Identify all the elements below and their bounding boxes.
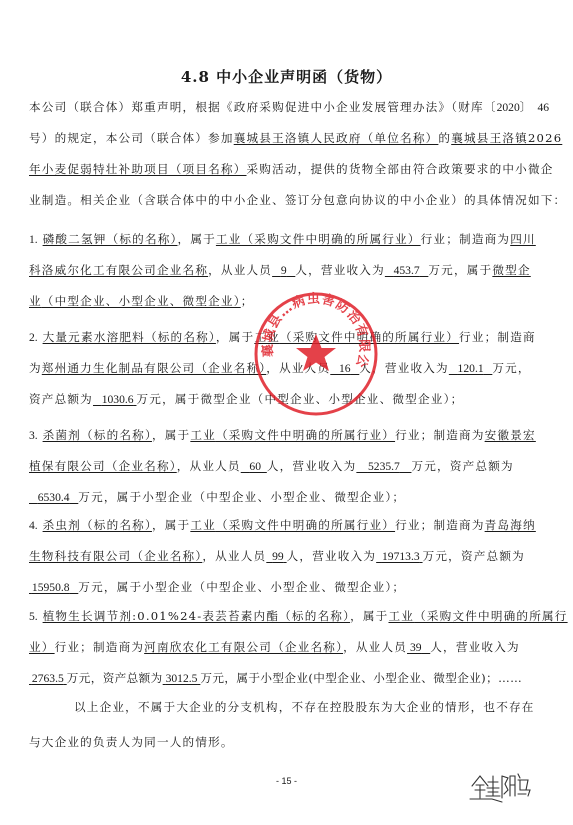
label: 行业；制造商 — [459, 330, 536, 344]
item-1-line-3: 业（中型企业、小型企业、微型企业）； — [29, 294, 254, 308]
label: ，从业人员 — [177, 459, 241, 473]
size-options: （中型企业、小型企业、微型企业） — [42, 294, 241, 308]
buyer-name: 襄城县王洛镇人民政府（单位名称） — [234, 131, 439, 145]
item-5-line-2: 业）行业；制造商为河南欣农化工有限公司（企业名称），从业人员 39 人，营业收入… — [29, 640, 520, 655]
item-number: 2. — [29, 331, 38, 344]
label: 为 — [29, 361, 42, 375]
industry: 工业 — [216, 232, 242, 246]
closing-line-2: 与大企业的负责人为同一人的情形。 — [29, 735, 234, 749]
revenue: 19713.3 — [382, 550, 420, 563]
regulation-year: 2020 — [497, 101, 520, 114]
intro-line-3: 年小麦促弱特壮补助项目（项目名称）采购活动，提供的货物全部由符合政策要求的中小微… — [29, 162, 554, 176]
product-name: 植物生长调节剂:0.01%24-表芸苔素内酯（标的名称） — [43, 609, 351, 623]
label: 万元， — [411, 459, 449, 473]
label: 万元，属于 — [78, 580, 142, 594]
enterprise-size: 小型企业 — [142, 490, 193, 504]
item-number: 5. — [29, 610, 38, 623]
label: ，从业人员 — [208, 263, 272, 277]
label: 资产总额为 — [450, 459, 514, 473]
label: ，属于 — [178, 232, 216, 246]
size-options: (中型企业、小型企业、微型企业) — [308, 671, 486, 685]
item-4-line-1: 4. 杀虫剂（标的名称），属于工业（采购文件中明确的所属行业）行业；制造商为青岛… — [29, 518, 536, 533]
product-name: 杀虫剂（标的名称） — [43, 518, 152, 532]
project-name-cont: 年小麦促弱特壮补助项目（项目名称） — [29, 162, 247, 176]
employees: 9 — [281, 264, 287, 277]
label: ； — [392, 580, 405, 594]
item-4-line-3: 15950.8 万元，属于小型企业（中型企业、小型企业、微型企业）； — [29, 580, 405, 595]
enterprise-size-cont: 业 — [29, 294, 42, 308]
revenue: 120.1 — [458, 362, 484, 375]
project-name: 襄城县王洛镇2026 — [451, 131, 562, 145]
revenue: 2763.5 — [32, 672, 64, 685]
label: 万元，属于 — [78, 490, 142, 504]
item-number: 1. — [29, 233, 38, 246]
label: 万元， — [428, 263, 466, 277]
item-3-line-2: 植保有限公司（企业名称），从业人员 60 人，营业收入为 5235.7 万元，资… — [29, 459, 514, 474]
label: 行业；制造商为 — [395, 428, 485, 442]
size-options: （中型企业、小型企业、微型企业） — [193, 580, 392, 594]
enterprise-size: 微型企业 — [200, 392, 251, 406]
employees: 99 — [272, 550, 284, 563]
manufacturer: 青岛海纳 — [485, 518, 536, 532]
label: 资产总额为 — [29, 392, 93, 406]
assets: 1030.6 — [102, 393, 134, 406]
label: 万元， — [423, 549, 461, 563]
employees: 60 — [249, 460, 261, 473]
label: ； — [451, 392, 464, 406]
item-number: 4. — [29, 519, 38, 532]
label: 万元，属于 — [200, 671, 260, 685]
label: ； — [486, 671, 498, 685]
intro-line-1: 本公司（联合体）郑重声明，根据《政府采购促进中小企业发展管理办法》（财库〔202… — [29, 100, 549, 115]
industry: 工业 — [190, 518, 216, 532]
label: ，从业人员 — [202, 549, 266, 563]
label: 人，营业收入为 — [295, 263, 385, 277]
item-5-line-3: 2763.5 万元，资产总额为 3012.5 万元，属于小型企业(中型企业、小型… — [29, 671, 522, 686]
item-1-line-2: 科洛威尔化工有限公司企业名称，从业人员 9 人，营业收入为 453.7 万元，属… — [29, 263, 531, 278]
label: 资产总额为 — [461, 549, 525, 563]
item-1-line-1: 1. 磷酸二氢钾（标的名称），属于工业（采购文件中明确的所属行业）行业；制造商为… — [29, 232, 536, 247]
industry: 工业 — [388, 609, 414, 623]
regulation-number: 46 — [537, 101, 549, 114]
label: 人，营业收入为 — [267, 459, 357, 473]
intro-line-2: 号）的规定，本公司（联合体）参加襄城县王洛镇人民政府（单位名称）的襄城县王洛镇2… — [29, 131, 562, 145]
assets: 15950.8 — [32, 581, 70, 594]
intro-text: 的 — [438, 131, 451, 145]
document-title: 4.8 中小企业声明函（货物） — [0, 66, 573, 87]
item-3-line-3: 6530.4 万元，属于小型企业（中型企业、小型企业、微型企业）； — [29, 490, 405, 505]
industry-note: （采购文件中明确的所属行业） — [216, 428, 395, 442]
revenue: 5235.7 — [368, 460, 400, 473]
label: ，属于 — [216, 330, 254, 344]
label: ； — [392, 490, 405, 504]
item-3-line-1: 3. 杀菌剂（标的名称），属于工业（采购文件中明确的所属行业）行业；制造商为安徽… — [29, 428, 536, 443]
intro-text: 采购活动，提供的货物全部由符合政策要求的中小微企 — [247, 162, 554, 176]
label: 万元， — [67, 671, 103, 685]
label: 人，营业收入为 — [430, 640, 520, 654]
item-2-line-3: 资产总额为 1030.6 万元，属于微型企业（中型企业、小型企业、微型企业）； — [29, 392, 463, 407]
label: 行业；制造商为 — [55, 640, 145, 654]
manufacturer-cont: 生物科技有限公司（企业名称） — [29, 549, 202, 563]
assets: 3012.5 — [166, 672, 198, 685]
intro-text: 号）的规定，本公司（联合体）参加 — [29, 131, 234, 145]
label: 属于 — [467, 263, 493, 277]
enterprise-size: 小型企业 — [260, 671, 308, 685]
label: ，从业人员 — [343, 640, 407, 654]
industry: 工业 — [190, 428, 216, 442]
industry-note: （采购文件中明确的所属行业） — [216, 518, 395, 532]
label: ，属于 — [152, 518, 190, 532]
product-name: 杀菌剂（标的名称） — [43, 428, 152, 442]
handwritten-signature — [468, 768, 532, 808]
item-number: 3. — [29, 429, 38, 442]
bracket: 〕 — [520, 100, 533, 114]
manufacturer: 郑州通力生化制品有限公司（企业名称） — [42, 361, 267, 375]
assets: 6530.4 — [38, 491, 70, 504]
label: 万元， — [492, 361, 530, 375]
manufacturer: 四川 — [510, 232, 536, 246]
enterprise-size: 小型企业 — [142, 580, 193, 594]
label: ，属于 — [350, 609, 388, 623]
manufacturer-cont: 植保有限公司（企业名称） — [29, 459, 177, 473]
intro-line-4: 业制造。相关企业（含联合体中的中小企业、签订分包意向协议的中小企业）的具体情况如… — [29, 193, 566, 207]
closing-line-1: 以上企业，不属于大企业的分支机构，不存在控股股东为大企业的情形，也不存在 — [74, 700, 535, 714]
product-name: 大量元素水溶肥料（标的名称） — [43, 330, 216, 344]
size-options: （中型企业、小型企业、微型企业） — [193, 490, 392, 504]
label: 人，营业收入为 — [287, 549, 377, 563]
product-name: 磷酸二氢钾（标的名称） — [43, 232, 178, 246]
employees: 39 — [410, 641, 422, 654]
industry-note: （采购文件中明确的所属行 — [414, 609, 568, 623]
ellipsis: …… — [498, 671, 522, 685]
manufacturer-cont: 科洛威尔化工有限公司企业名称 — [29, 263, 208, 277]
manufacturer: 安徽景宏 — [485, 428, 536, 442]
industry-note: （采购文件中明确的所属行业） — [242, 232, 421, 246]
intro-text: 本公司（联合体）郑重声明，根据《政府采购促进中小企业发展管理办法》（财库〔 — [29, 100, 497, 114]
manufacturer: 河南欣农化工有限公司（企业名称） — [144, 640, 343, 654]
revenue: 453.7 — [394, 264, 420, 277]
label: 万元，属于 — [136, 392, 200, 406]
enterprise-size: 微型企 — [492, 263, 530, 277]
label: 行业；制造商为 — [421, 232, 511, 246]
label: ，属于 — [152, 428, 190, 442]
item-5-line-1: 5. 植物生长调节剂:0.01%24-表芸苔素内酯（标的名称），属于工业（采购文… — [29, 609, 568, 624]
item-4-line-2: 生物科技有限公司（企业名称），从业人员 99 人，营业收入为 19713.3 万… — [29, 549, 525, 564]
official-seal-stamp: 襄城县…病虫害防治有限公司 — [252, 290, 380, 418]
label: 资产总额为 — [103, 671, 163, 685]
intro-text: 业制造。相关企业（含联合体中的中小企业、签订分包意向协议的中小企业）的具体情况如… — [29, 193, 566, 207]
industry-note-cont: 业） — [29, 640, 55, 654]
label: 行业；制造商为 — [395, 518, 485, 532]
